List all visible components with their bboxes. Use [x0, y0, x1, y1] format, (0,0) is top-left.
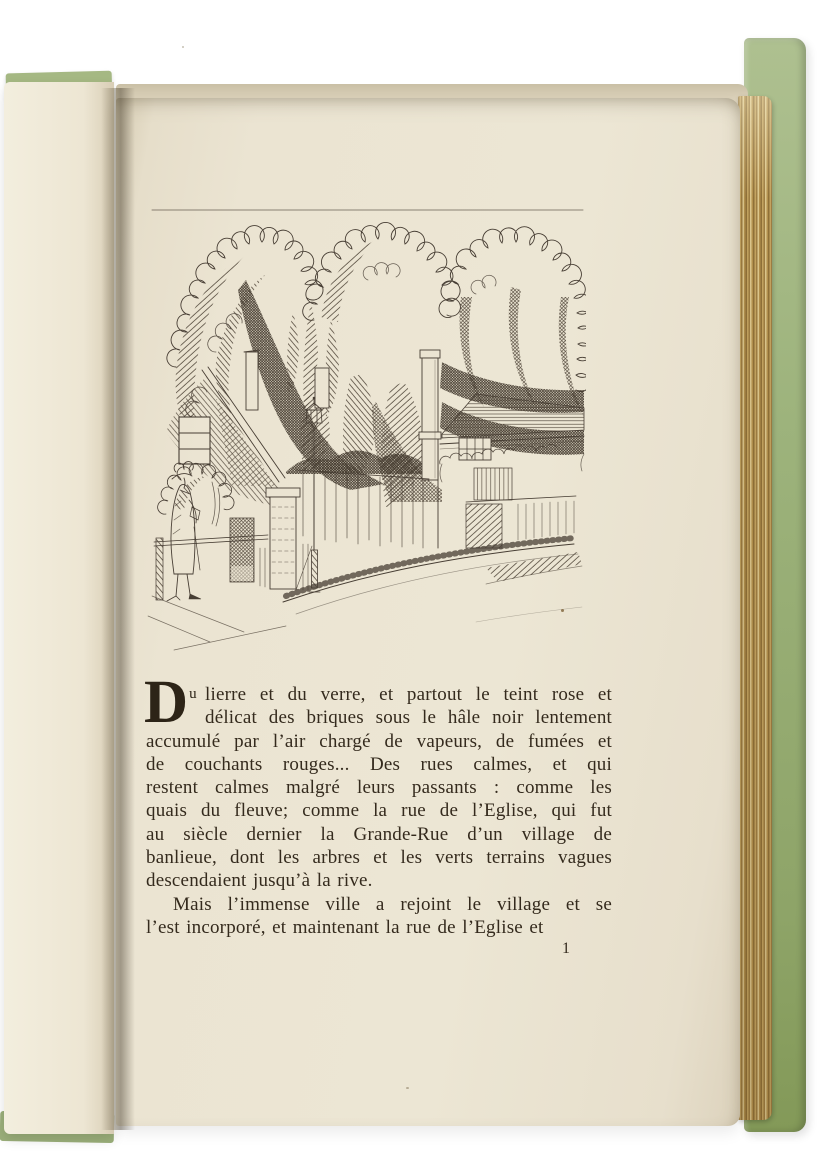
text-line: banlieue, dont les arbres et les verts t… — [146, 846, 612, 869]
text-block: Du lierre et du verre, et partout le tei… — [146, 683, 612, 939]
doorway — [230, 518, 254, 582]
text-line: délicat des briques sous le hâle noir le… — [146, 706, 612, 729]
text-line: Mais l’immense ville a rejoint le villag… — [146, 893, 612, 916]
etching-illustration — [146, 202, 586, 662]
foxing-speck — [561, 609, 564, 612]
book-page: Du lierre et du verre, et partout le tei… — [116, 98, 740, 1126]
street — [148, 538, 582, 650]
lamp-backing-post — [315, 368, 329, 408]
book-photograph: Du lierre et du verre, et partout le tei… — [0, 0, 840, 1169]
text-line: descendaient jusqu’à la rive. — [146, 869, 612, 892]
text-line: lierre et du verre, et partout le teint … — [146, 683, 612, 706]
text-line: restent calmes malgré leurs passants : c… — [146, 776, 612, 799]
text-line: l’est incorporé, et maintenant la rue de… — [146, 916, 612, 939]
text-line: de couchants rouges... Des rues calmes, … — [146, 753, 612, 776]
page-number: 1 — [544, 940, 588, 958]
left-page-edge — [4, 82, 114, 1134]
right-house — [438, 362, 584, 548]
dust-speck — [182, 46, 184, 48]
corner-pillar — [419, 350, 441, 480]
foxing-speck — [406, 1087, 409, 1089]
centre-tree — [303, 222, 461, 322]
text-line: au siècle dernier la Grande-Rue d’un vil… — [146, 823, 612, 846]
brick-pillar — [266, 488, 300, 589]
text-line: accumulé par l’air chargé de vapeurs, de… — [146, 730, 612, 753]
gilt-fore-edge — [738, 96, 772, 1120]
left-house-window — [179, 417, 210, 464]
left-chimney — [244, 350, 260, 410]
text-line: quais du fleuve; comme la rue de l’Eglis… — [146, 799, 612, 822]
